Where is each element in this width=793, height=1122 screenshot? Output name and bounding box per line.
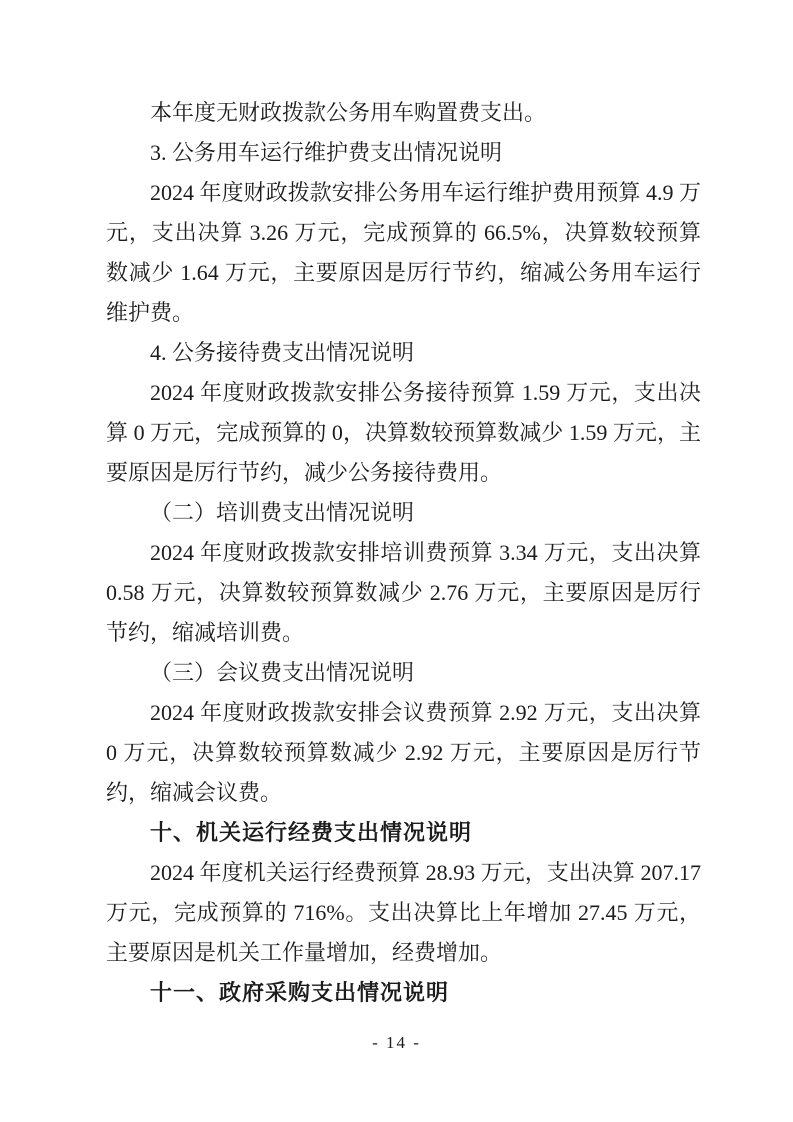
body-paragraph: 2024 年度财政拨款安排会议费预算 2.92 万元，支出决算 0 万元，决算数… xyxy=(106,693,701,813)
body-paragraph: 2024 年度机关运行经费预算 28.93 万元，支出决算 207.17 万元，… xyxy=(106,853,701,973)
body-paragraph: 2024 年度财政拨款安排公务用车运行维护费用预算 4.9 万元，支出决算 3.… xyxy=(106,173,701,333)
body-paragraph: 2024 年度财政拨款安排培训费预算 3.34 万元，支出决算 0.58 万元，… xyxy=(106,533,701,653)
body-paragraph: 本年度无财政拨款公务用车购置费支出。 xyxy=(106,93,701,133)
document-body: 本年度无财政拨款公务用车购置费支出。 3. 公务用车运行维护费支出情况说明 20… xyxy=(106,93,701,1013)
section-heading: 十、机关运行经费支出情况说明 xyxy=(106,813,701,853)
section-subheading: （三）会议费支出情况说明 xyxy=(106,653,701,693)
section-subheading: （二）培训费支出情况说明 xyxy=(106,493,701,533)
section-subheading: 3. 公务用车运行维护费支出情况说明 xyxy=(106,133,701,173)
document-page: 本年度无财政拨款公务用车购置费支出。 3. 公务用车运行维护费支出情况说明 20… xyxy=(0,0,793,1122)
section-heading: 十一、政府采购支出情况说明 xyxy=(106,973,701,1013)
body-paragraph: 2024 年度财政拨款安排公务接待预算 1.59 万元，支出决算 0 万元，完成… xyxy=(106,373,701,493)
section-subheading: 4. 公务接待费支出情况说明 xyxy=(106,333,701,373)
page-number: - 14 - xyxy=(0,1033,793,1053)
